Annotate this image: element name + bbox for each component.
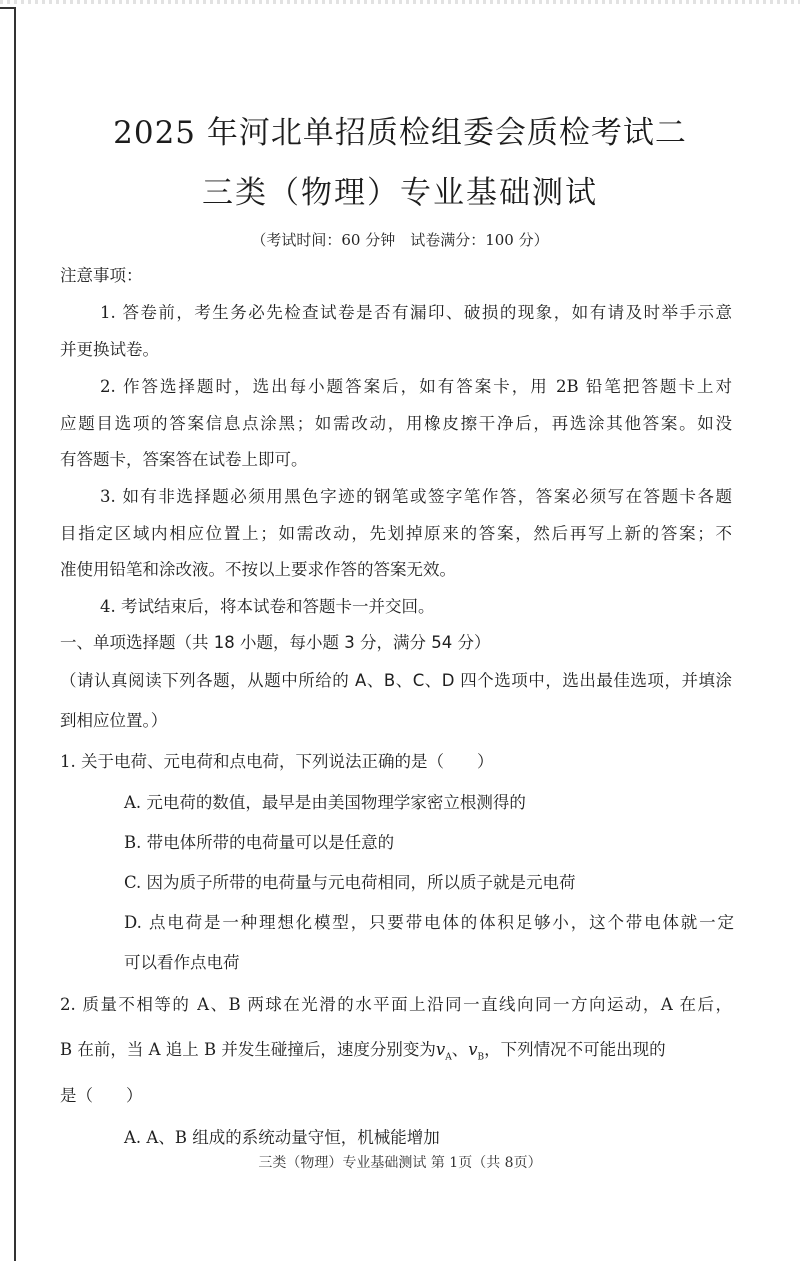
notice-item-2-line-1: 2. 作答选择题时，选出每小题答案后，如有答案卡，用 2B 铅笔把答题卡上对 <box>100 373 732 397</box>
question-1-option-d-line-2: 可以看作点电荷 <box>124 949 240 973</box>
scan-artifact-top <box>0 0 800 4</box>
velocity-separator: 、 <box>452 1040 469 1059</box>
velocity-symbol-a: v <box>436 1040 445 1059</box>
notice-heading: 注意事项： <box>60 262 143 286</box>
question-1-option-c: C. 因为质子所带的电荷量与元电荷相同，所以质子就是元电荷 <box>124 869 576 893</box>
question-2-option-a: A. A、B 组成的系统动量守恒，机械能增加 <box>124 1124 440 1148</box>
question-2-stem-line-1: 2. 质量不相等的 A、B 两球在光滑的水平面上沿同一直线向同一方向运动，A 在… <box>60 991 732 1015</box>
question-2-stem-line-2: B 在前，当 A 追上 B 并发生碰撞后，速度分别变为vA、vB，下列情况不可能… <box>60 1036 732 1062</box>
exam-meta: （考试时间：60 分钟 试卷满分：100 分） <box>0 229 800 250</box>
velocity-symbol-b: v <box>468 1040 477 1059</box>
exam-page: 2025 年河北单招质检组委会质检考试二 三类（物理）专业基础测试 （考试时间：… <box>0 0 800 1261</box>
section-1-instruction-line-1: （请认真阅读下列各题，从题中所给的 A、B、C、D 四个选项中，选出最佳选项，并… <box>60 667 732 691</box>
question-1-option-a: A. 元电荷的数值，最早是由美国物理学家密立根测得的 <box>124 789 526 813</box>
notice-item-2-line-3: 有答题卡，答案答在试卷上即可。 <box>60 446 308 470</box>
question-2-stem-line-2-pre: B 在前，当 A 追上 B 并发生碰撞后，速度分别变为 <box>60 1040 436 1059</box>
question-1-option-b: B. 带电体所带的电荷量可以是任意的 <box>124 829 394 853</box>
notice-item-3-line-2: 目指定区域内相应位置上；如需改动，先划掉原来的答案，然后再写上新的答案；不 <box>60 520 732 544</box>
exam-subtitle: 三类（物理）专业基础测试 <box>0 167 800 212</box>
notice-item-3-line-1: 3. 如有非选择题必须用黑色字迹的钢笔或签字笔作答，答案必须写在答题卡各题 <box>100 483 732 507</box>
question-2-stem-line-3: 是（ ） <box>60 1082 143 1106</box>
section-1-heading: 一、单项选择题（共 18 小题，每小题 3 分，满分 54 分） <box>60 629 490 653</box>
exam-title: 2025 年河北单招质检组委会质检考试二 <box>0 107 800 152</box>
page-footer: 三类（物理）专业基础测试 第 1页（共 8页） <box>0 1152 800 1172</box>
notice-item-3-line-3: 准使用铅笔和涂改液。不按以上要求作答的答案无效。 <box>60 556 456 580</box>
question-2-stem-line-2-post: ，下列情况不可能出现的 <box>484 1040 666 1059</box>
notice-item-2-line-2: 应题目选项的答案信息点涂黑；如需改动，用橡皮擦干净后，再选涂其他答案。如没 <box>60 410 732 434</box>
notice-item-1-line-1: 1. 答卷前，考生务必先检查试卷是否有漏印、破损的现象，如有请及时举手示意 <box>100 299 732 323</box>
question-1-stem: 1. 关于电荷、元电荷和点电荷，下列说法正确的是（ ） <box>60 748 494 772</box>
notice-item-4-line-1: 4. 考试结束后，将本试卷和答题卡一并交回。 <box>100 593 435 617</box>
question-1-option-d-line-1: D. 点电荷是一种理想化模型，只要带电体的体积足够小，这个带电体就一定 <box>124 909 734 933</box>
notice-item-1-line-2: 并更换试卷。 <box>60 336 159 360</box>
section-1-instruction-line-2: 到相应位置。） <box>60 707 167 731</box>
